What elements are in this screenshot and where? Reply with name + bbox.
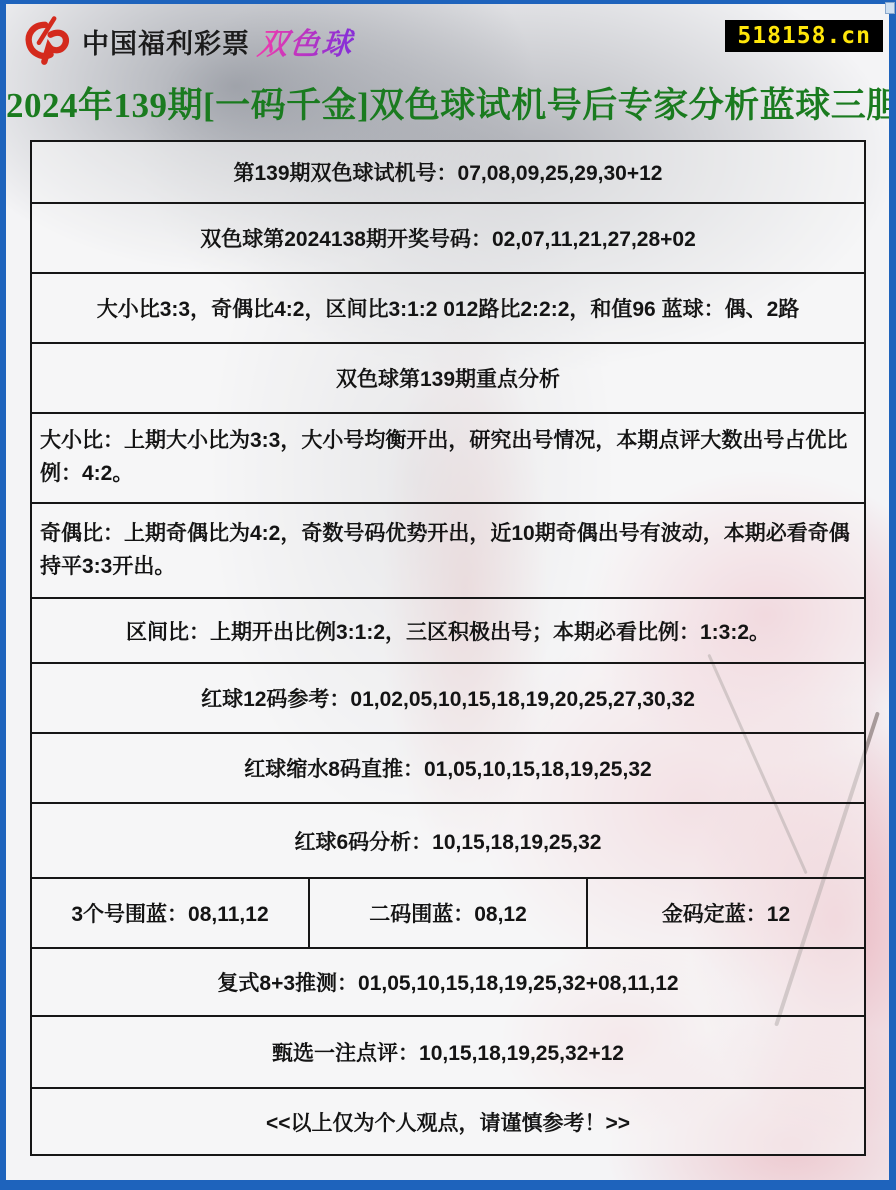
row-test-number: 第139期双色球试机号：07,08,09,25,29,30+12 xyxy=(32,142,864,202)
site-url-badge[interactable]: 518158.cn xyxy=(725,20,883,52)
page-title: 2024年139期[一码千金]双色球试机号后专家分析蓝球三胆 xyxy=(6,78,889,128)
row-compound: 复式8+3推测：01,05,10,15,18,19,25,32+08,11,12 xyxy=(32,947,864,1015)
cell-blue-3: 3个号围蓝：08,11,12 xyxy=(32,879,308,947)
row-red-8: 红球缩水8码直推：01,05,10,15,18,19,25,32 xyxy=(32,732,864,802)
cell-blue-2: 二码围蓝：08,12 xyxy=(308,879,586,947)
row-big-small: 大小比：上期大小比为3:3，大小号均衡开出，研究出号情况，本期点评大数出号占优比… xyxy=(32,412,864,502)
logo-product-text: 双色球 xyxy=(256,19,357,63)
window-frame: 中国福利彩票 双色球 518158.cn 2024年139期[一码千金]双色球试… xyxy=(0,0,896,1190)
cell-blue-gold: 金码定蓝：12 xyxy=(586,879,864,947)
row-last-draw: 双色球第2024138期开奖号码：02,07,11,21,27,28+02 xyxy=(32,202,864,272)
row-blue-picks: 3个号围蓝：08,11,12 二码围蓝：08,12 金码定蓝：12 xyxy=(32,877,864,947)
lottery-logo: 中国福利彩票 双色球 xyxy=(20,14,354,68)
row-red-6: 红球6码分析：10,15,18,19,25,32 xyxy=(32,802,864,877)
row-odd-even: 奇偶比：上期奇偶比为4:2，奇数号码优势开出，近10期奇偶出号有波动，本期必看奇… xyxy=(32,502,864,597)
logo-brand-text: 中国福利彩票 xyxy=(82,22,250,61)
row-single-pick: 甄选一注点评：10,15,18,19,25,32+12 xyxy=(32,1015,864,1087)
china-welfare-lottery-emblem-icon xyxy=(20,14,74,68)
row-ratios: 大小比3:3，奇偶比4:2，区间比3:1:2 012路比2:2:2，和值96 蓝… xyxy=(32,272,864,342)
scrollbar-corner-icon[interactable] xyxy=(885,2,895,14)
row-section-title: 双色球第139期重点分析 xyxy=(32,342,864,412)
row-red-12: 红球12码参考：01,02,05,10,15,18,19,20,25,27,30… xyxy=(32,662,864,732)
analysis-table: 第139期双色球试机号：07,08,09,25,29,30+12 双色球第202… xyxy=(30,140,866,1156)
row-zone-ratio: 区间比：上期开出比例3:1:2，三区积极出号；本期必看比例：1:3:2。 xyxy=(32,597,864,662)
row-disclaimer: <<以上仅为个人观点，请谨慎参考！>> xyxy=(32,1087,864,1154)
page-background-painting: 中国福利彩票 双色球 518158.cn 2024年139期[一码千金]双色球试… xyxy=(6,4,889,1180)
